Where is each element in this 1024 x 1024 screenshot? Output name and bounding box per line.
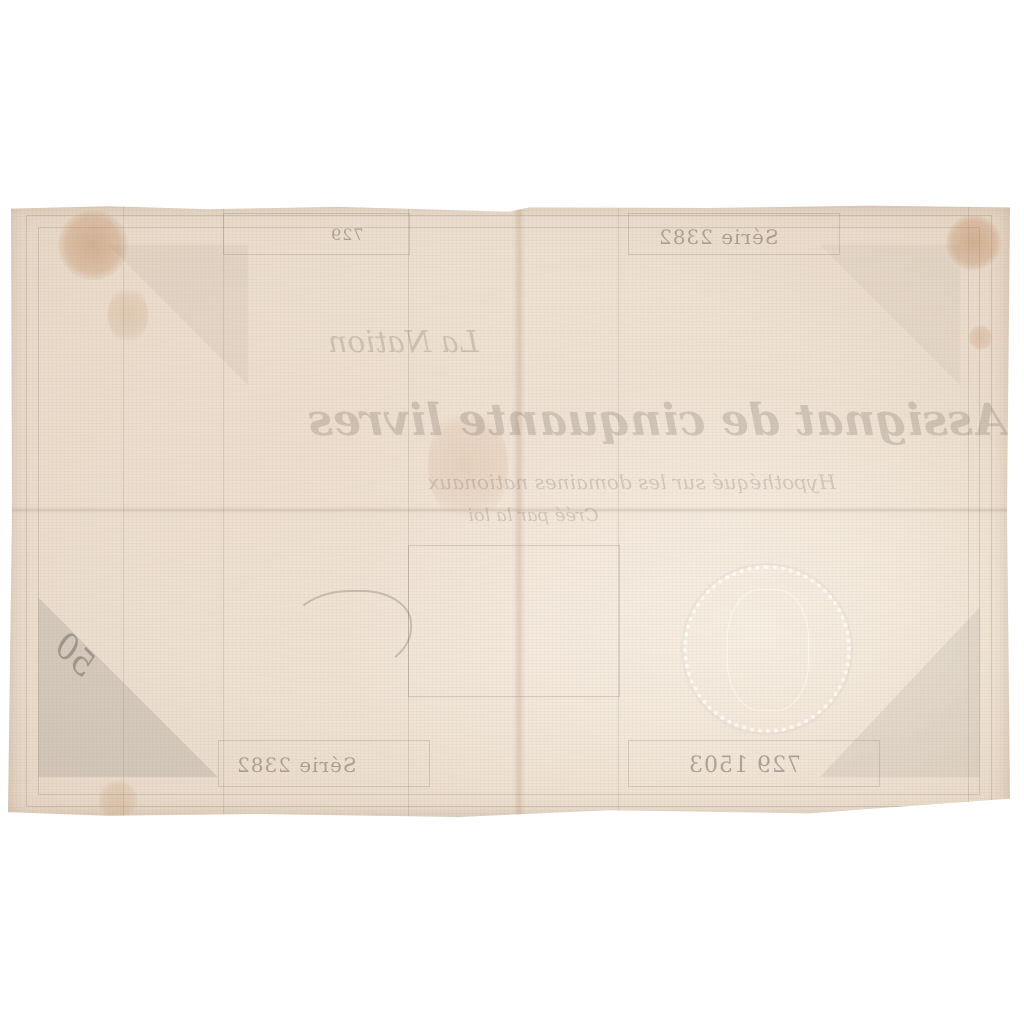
photo-stage: Série 2382 729 Série 2382 729 1503 La Na…	[0, 0, 1024, 1024]
number-text-bottom: 729 1503	[688, 753, 801, 778]
seal-figure	[727, 589, 809, 711]
stain-top-left	[58, 210, 128, 280]
stain-top-right	[946, 215, 1001, 270]
embossed-seal	[683, 565, 851, 733]
stain-right-edge	[968, 325, 993, 350]
banknote-reverse: Série 2382 729 Série 2382 729 1503 La Na…	[8, 205, 1010, 817]
stain-left	[108, 285, 148, 345]
faint-text-line-3: Hypothéqué sur les domaines nationaux	[428, 470, 836, 494]
faint-text-line-4: Créé par la loi	[468, 505, 599, 526]
serial-text-top: Série 2382	[658, 225, 779, 249]
number-text-top: 729	[330, 225, 364, 244]
serial-text-bottom: Série 2382	[236, 753, 357, 777]
top-number-box	[223, 213, 410, 255]
stain-bottom-left	[98, 780, 138, 817]
faint-text-line-1: La Nation	[328, 325, 479, 360]
faint-heading: Assignat de cinquante livres	[308, 395, 1007, 446]
